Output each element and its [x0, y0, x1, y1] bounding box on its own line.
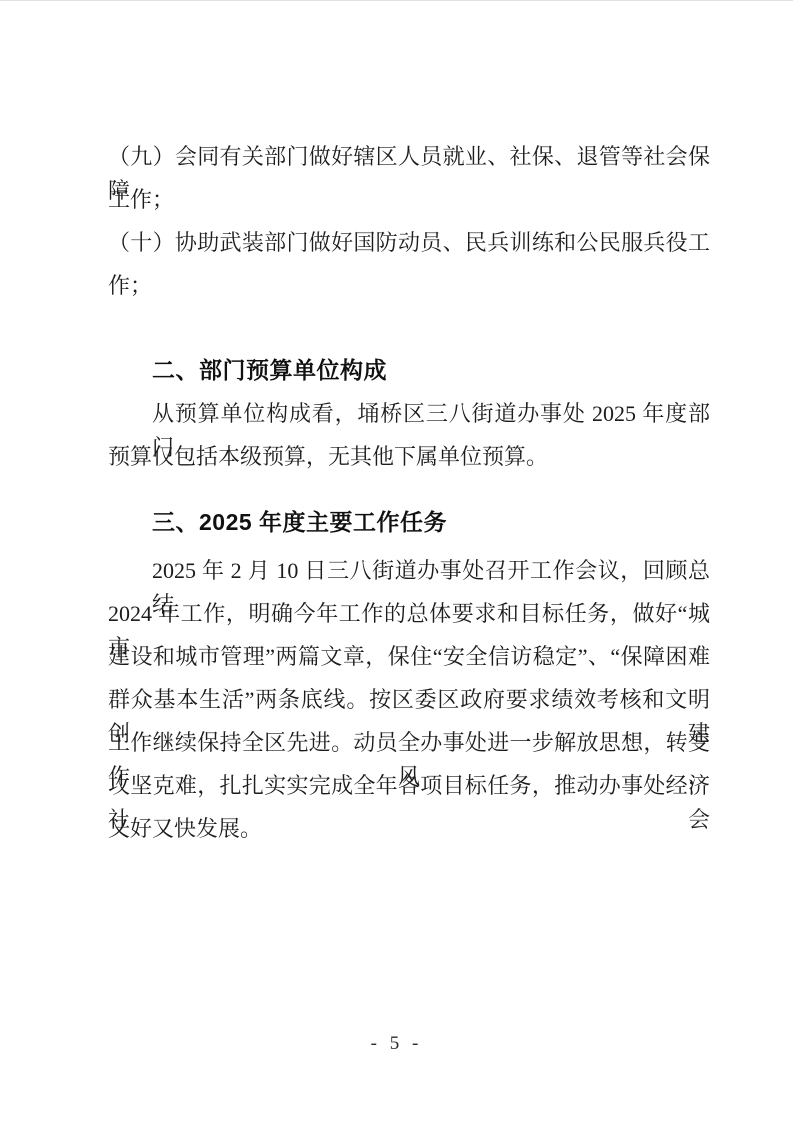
paragraph-line: 工作；: [108, 183, 710, 217]
paragraph-line: 预算仅包括本级预算，无其他下属单位预算。: [108, 440, 710, 474]
paragraph-line: 2025 年 2 月 10 日三八街道办事处召开工作会议，回顾总结: [108, 554, 710, 588]
section-heading-2: 二、部门预算单位构成: [108, 353, 710, 387]
paragraph-line: 工作继续保持全区先进。动员全办事处进一步解放思想，转变作风，: [108, 726, 710, 760]
paragraph-line: 建设和城市管理”两篇文章，保住“安全信访稳定”、“保障困难: [108, 640, 710, 674]
document-page: （九）会同有关部门做好辖区人员就业、社保、退管等社会保障 工作； （十）协助武装…: [0, 0, 793, 1123]
page-number: - 5 -: [0, 1029, 793, 1059]
paragraph-line: （十）协助武装部门做好国防动员、民兵训练和公民服兵役工: [108, 226, 710, 260]
paragraph-line: 攻坚克难，扎扎实实完成全年各项目标任务，推动办事处经济社会: [108, 769, 710, 803]
paragraph-line: 又好又快发展。: [108, 812, 710, 846]
paragraph-line: 从预算单位构成看，埇桥区三八街道办事处 2025 年度部门: [108, 397, 710, 431]
section-heading-3: 三、2025 年度主要工作任务: [108, 505, 710, 539]
paragraph-line: 2024 年工作，明确今年工作的总体要求和目标任务，做好“城市: [108, 597, 710, 631]
paragraph-line: 群众基本生活”两条底线。按区委区政府要求绩效考核和文明创建: [108, 683, 710, 717]
paragraph-line: 作；: [108, 269, 710, 303]
paragraph-line: （九）会同有关部门做好辖区人员就业、社保、退管等社会保障: [108, 140, 710, 174]
